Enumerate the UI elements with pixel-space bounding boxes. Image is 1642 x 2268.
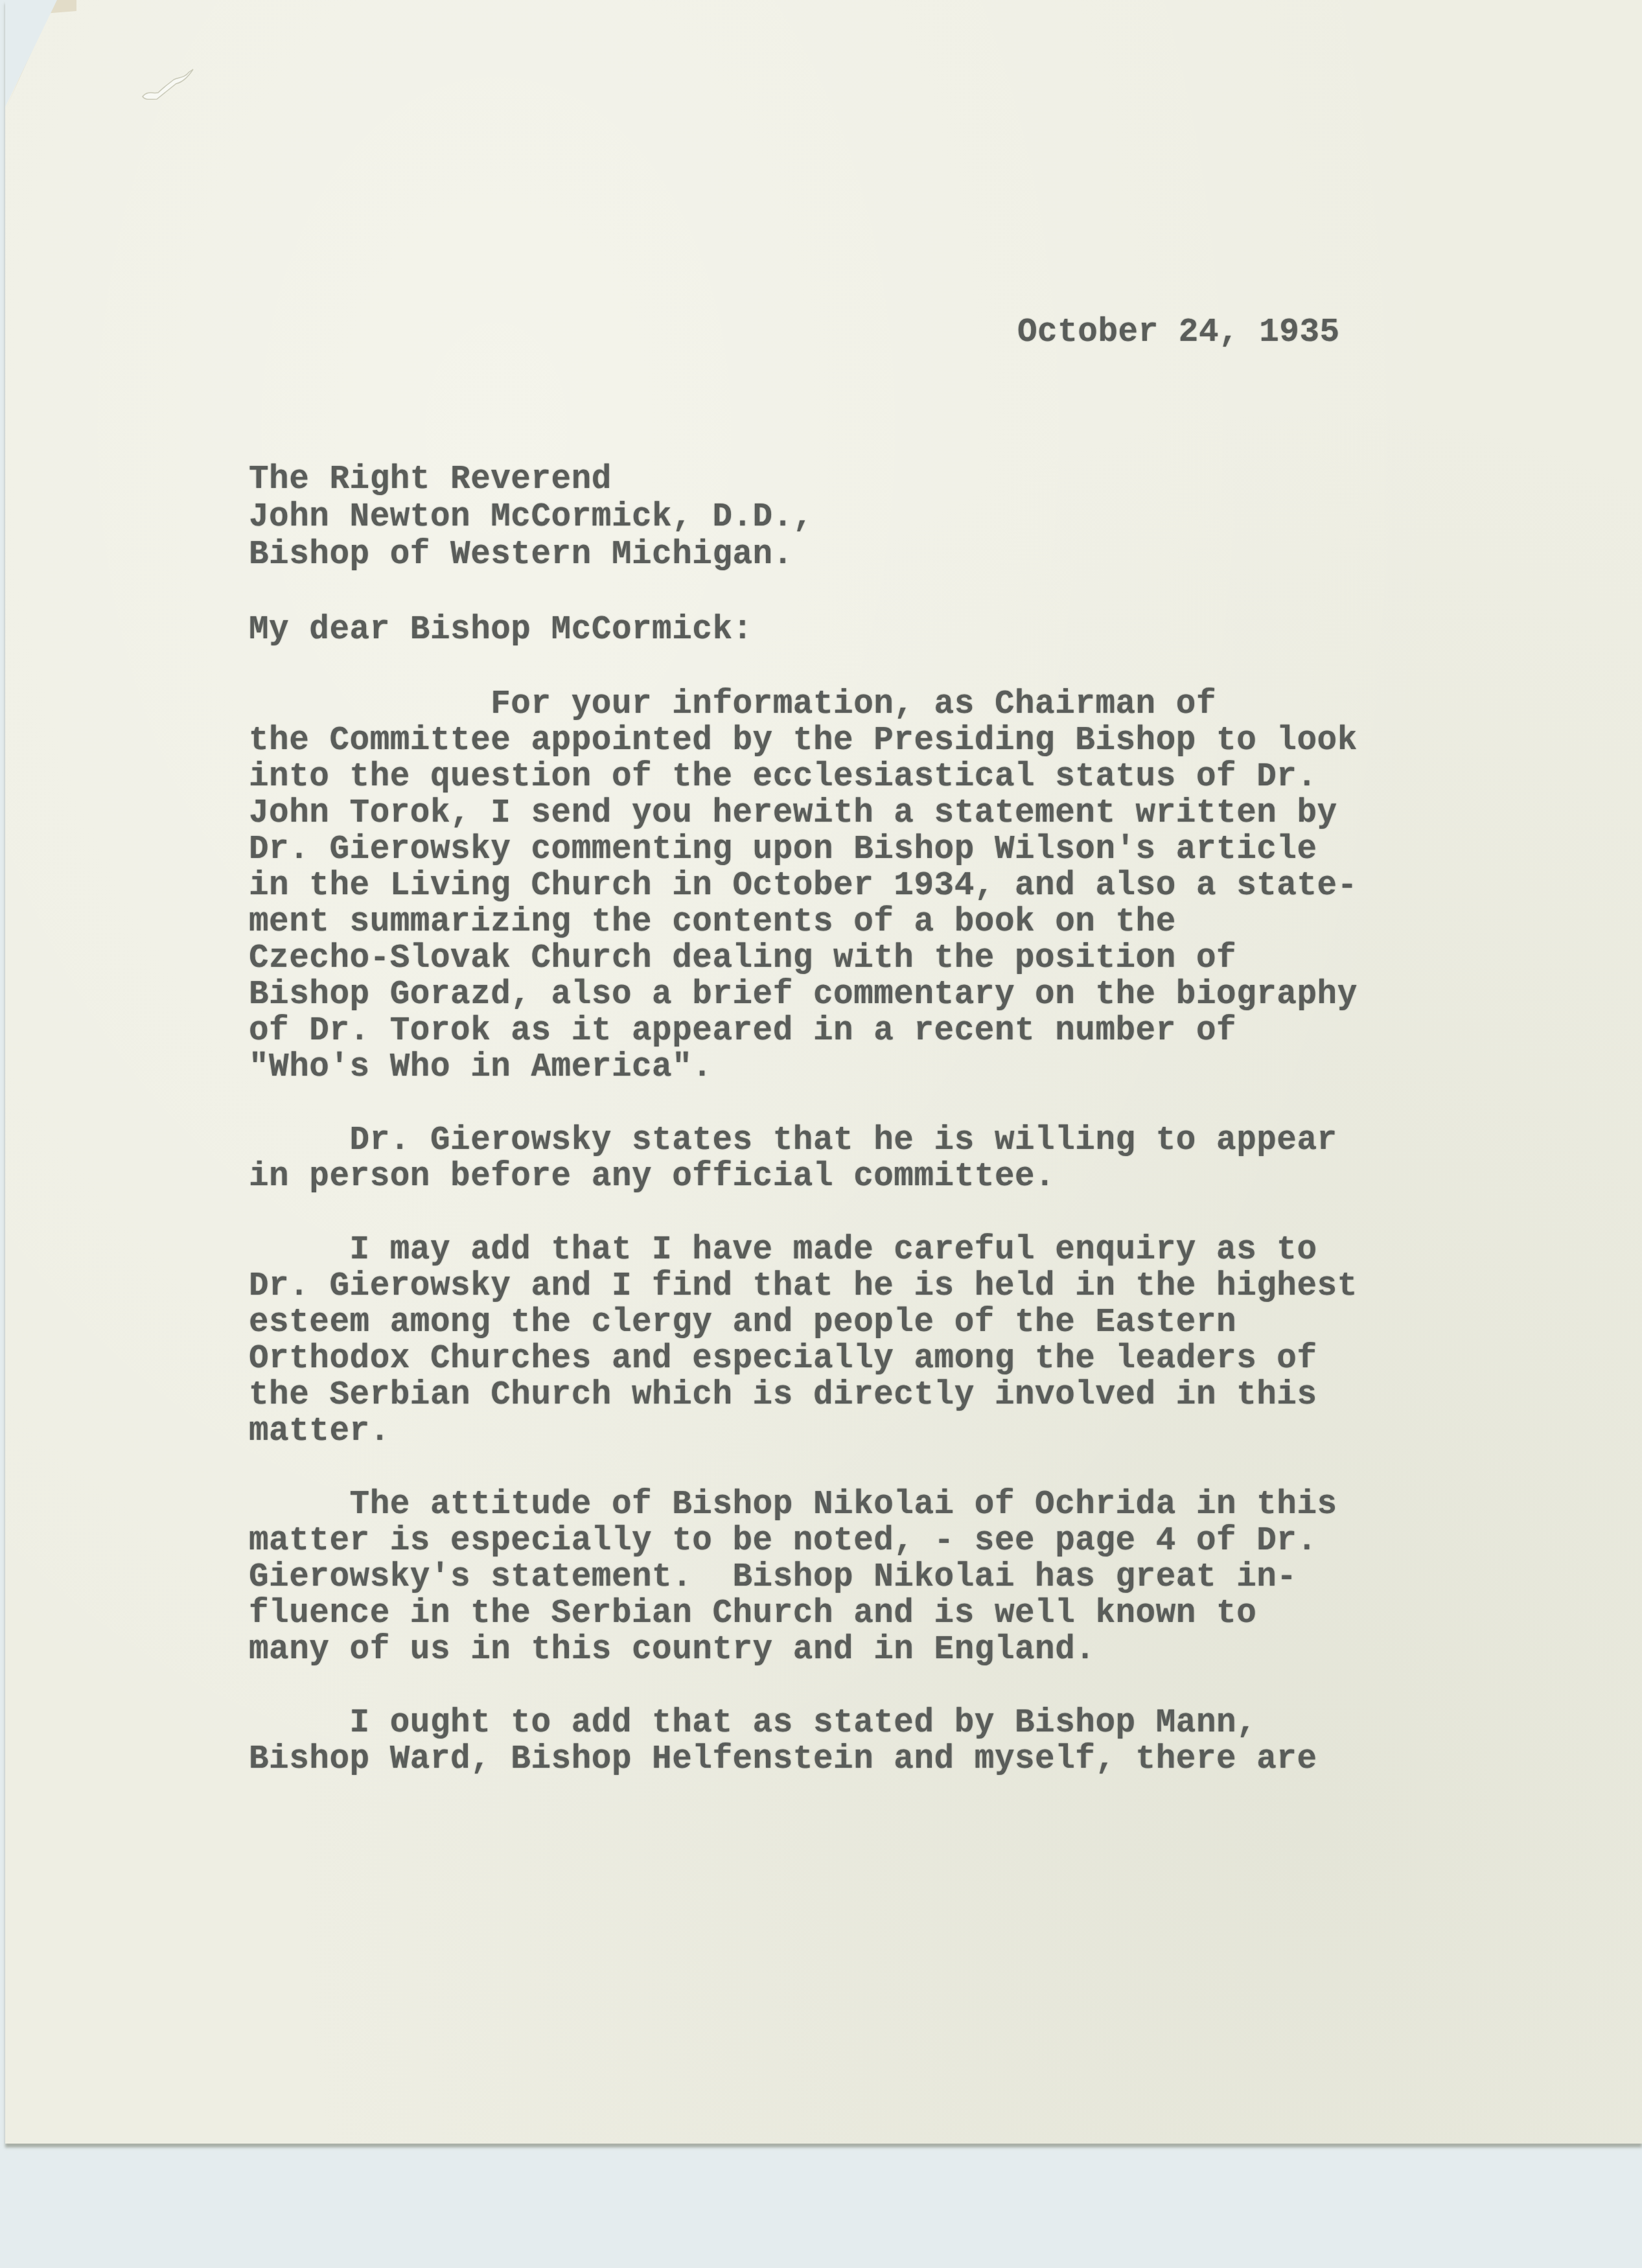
paragraph-1-line: Czecho-Slovak Church dealing with the po… — [249, 942, 1236, 975]
salutation: My dear Bishop McCormick: — [249, 614, 753, 647]
recipient-line-1: The Right Reverend — [249, 463, 612, 496]
paragraph-3-line: esteem among the clergy and people of th… — [249, 1306, 1236, 1339]
paragraph-3-line: Orthodox Churches and especially among t… — [249, 1343, 1317, 1376]
paragraph-1-line: into the question of the ecclesiastical … — [249, 761, 1317, 794]
paragraph-1-line: of Dr. Torok as it appeared in a recent … — [249, 1015, 1236, 1048]
paragraph-2-line: Dr. Gierowsky states that he is willing … — [249, 1124, 1337, 1157]
paragraph-3-line: matter. — [249, 1415, 390, 1448]
paragraph-4-line: fluence in the Serbian Church and is wel… — [249, 1597, 1256, 1630]
letter-date: October 24, 1935 — [1017, 316, 1340, 349]
paragraph-5-line: Bishop Ward, Bishop Helfenstein and myse… — [249, 1743, 1317, 1776]
letter-body: October 24, 1935 The Right Reverend John… — [5, 0, 1642, 2144]
paragraph-1-line: in the Living Church in October 1934, an… — [249, 870, 1358, 903]
paragraph-3-line: Dr. Gierowsky and I find that he is held… — [249, 1270, 1358, 1303]
paragraph-3-line: I may add that I have made careful enqui… — [249, 1234, 1317, 1267]
paragraph-1-line: ment summarizing the contents of a book … — [249, 906, 1176, 939]
paragraph-1-line: For your information, as Chairman of — [249, 688, 1216, 721]
paragraph-3-line: the Serbian Church which is directly inv… — [249, 1379, 1317, 1412]
paragraph-2-line: in person before any official committee. — [249, 1161, 1055, 1194]
paragraph-4-line: Gierowsky's statement. Bishop Nikolai ha… — [249, 1561, 1297, 1594]
paragraph-1-line: John Torok, I send you herewith a statem… — [249, 797, 1337, 830]
paragraph-4-line: matter is especially to be noted, - see … — [249, 1525, 1317, 1558]
paragraph-4-line: The attitude of Bishop Nikolai of Ochrid… — [249, 1488, 1337, 1522]
paragraph-5-line: I ought to add that as stated by Bishop … — [249, 1707, 1256, 1740]
paragraph-1-line: "Who's Who in America". — [249, 1051, 712, 1084]
recipient-line-2: John Newton McCormick, D.D., — [249, 501, 813, 534]
recipient-line-3: Bishop of Western Michigan. — [249, 538, 793, 572]
paragraph-1-line: Bishop Gorazd, also a brief commentary o… — [249, 978, 1358, 1012]
paragraph-4-line: many of us in this country and in Englan… — [249, 1634, 1095, 1667]
paragraph-1-line: Dr. Gierowsky commenting upon Bishop Wil… — [249, 833, 1317, 866]
paragraph-1-line: the Committee appointed by the Presiding… — [249, 724, 1358, 758]
letter-page: October 24, 1935 The Right Reverend John… — [5, 0, 1642, 2144]
